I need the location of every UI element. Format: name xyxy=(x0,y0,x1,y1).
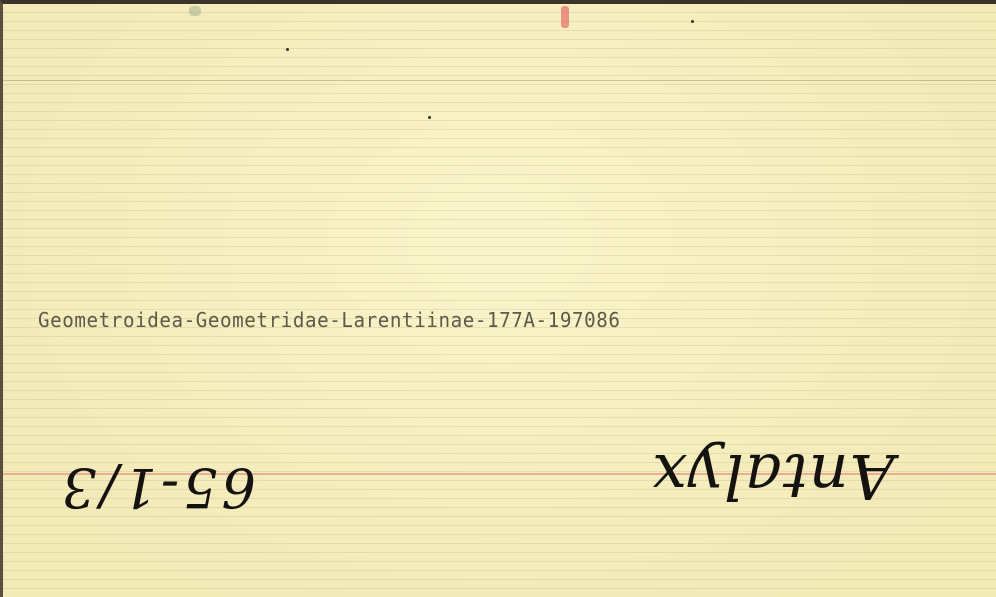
ruled-line-top xyxy=(3,80,996,81)
handwritten-name: Antalyx xyxy=(651,440,894,513)
speck xyxy=(691,20,694,23)
handwritten-date: 65-1/3 xyxy=(58,456,256,519)
index-card: Geometroidea-Geometridae-Larentiinae-177… xyxy=(0,0,996,597)
speck xyxy=(286,48,289,51)
green-stain-mark xyxy=(189,6,201,16)
typed-classification-label: Geometroidea-Geometridae-Larentiinae-177… xyxy=(38,308,621,332)
speck xyxy=(428,116,431,119)
red-ink-mark xyxy=(561,6,569,28)
